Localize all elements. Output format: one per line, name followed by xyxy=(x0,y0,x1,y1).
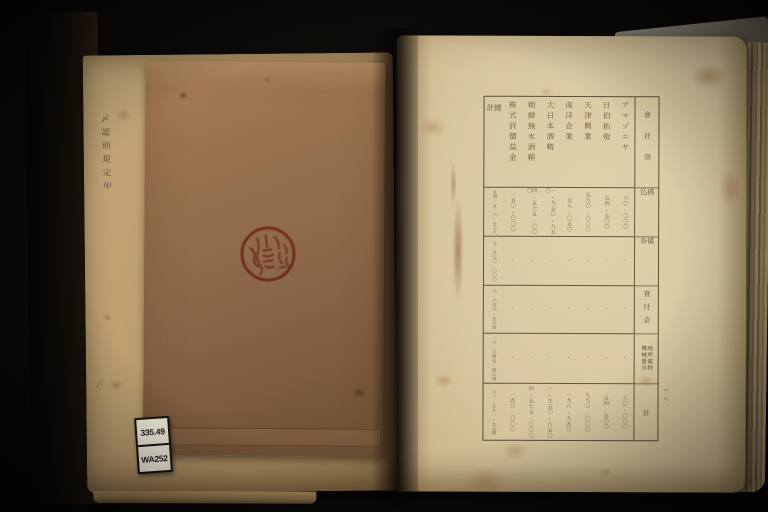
margin-note: 〆認別規定甲 xyxy=(100,114,111,195)
table-cell: · xyxy=(540,334,559,384)
table-cell: 一九八,九五〇 xyxy=(558,384,577,440)
company-name: 日伯拓殖 xyxy=(602,97,610,187)
table-cell: アマゾニヤ xyxy=(616,97,635,188)
row-header-cell: 拂込 xyxy=(634,189,658,237)
table-cell: · xyxy=(521,333,540,383)
blank-mark: · xyxy=(602,257,609,265)
blank-mark: · xyxy=(527,257,534,265)
amount: 一,九五〇,八五〇 xyxy=(545,188,555,236)
table-cell: 五四,五〇〇 xyxy=(597,189,616,237)
table-cell: · xyxy=(502,333,521,383)
table-row-bonds: · · · · · · · 七,九七〇,〇〇〇 債券 xyxy=(484,236,658,285)
amount: 六〇,〇〇〇 xyxy=(622,395,627,430)
table-cell: 一,九五〇,八五〇 xyxy=(540,188,559,236)
blank-mark: · xyxy=(508,305,515,313)
value-cells: 六〇,〇〇〇 五四,五〇〇 五九〇,〇〇〇 一五八,〇五〇 一,九五〇,八五〇 … xyxy=(484,188,634,236)
blank-mark: · xyxy=(583,305,590,313)
corner-header: 會社別 xyxy=(643,111,650,174)
table-cell: · xyxy=(596,286,615,333)
row-header: 債券 xyxy=(639,237,653,285)
corner-mark: 〆 xyxy=(95,380,104,389)
blank-mark: · xyxy=(621,305,628,313)
blank-mark: · xyxy=(527,354,534,362)
table-cell: 一六,六四五,四九四 xyxy=(484,333,503,383)
value-cells: · · · · · · · 七,九七〇,〇〇〇 xyxy=(484,237,634,285)
photo-backdrop: アマゾニヤ 日伯拓殖 天津興業 南洋企業 大日本酒精 朝鮮無水酒精 株式評價益金… xyxy=(0,0,768,512)
table-cell: · xyxy=(615,237,634,285)
table-cell: · xyxy=(559,334,578,384)
page-number: 三八 xyxy=(662,388,668,403)
amount: 六〇,〇〇〇 xyxy=(622,195,627,230)
table-cell: · xyxy=(540,286,559,333)
amount-total: 八,六五六,五八四 xyxy=(491,289,496,330)
table-cell: · xyxy=(521,286,540,333)
table-cell: 總計 xyxy=(484,97,503,188)
financial-table: アマゾニヤ 日伯拓殖 天津興業 南洋企業 大日本酒精 朝鮮無水酒精 株式評價益金… xyxy=(482,96,659,442)
blank-mark: · xyxy=(602,355,609,363)
blank-mark: · xyxy=(583,355,590,363)
amount-total: 七,九七〇,〇〇〇 xyxy=(491,240,496,281)
row-header: 貸付金 xyxy=(643,290,650,329)
table-cell: · xyxy=(521,237,540,285)
table-cell: 天津興業 xyxy=(578,97,597,188)
table-cell: 一五〇,〇〇〇 xyxy=(502,384,521,440)
table-cell: 五九〇,〇〇〇 xyxy=(578,188,597,236)
row-header-line2: 機械器具 xyxy=(640,346,646,372)
blank-mark: · xyxy=(527,305,534,313)
blank-mark: · xyxy=(565,305,572,313)
blank-mark: · xyxy=(546,257,553,265)
blank-mark: · xyxy=(509,257,516,265)
table-cell: · xyxy=(559,237,578,285)
table-cell: 九九〇,〇〇〇 xyxy=(577,384,596,440)
blank-mark: · xyxy=(565,257,572,265)
amount: 四,五七五,〇〇〇 xyxy=(528,386,533,438)
amount-total: 五四,五一六,五七八 xyxy=(491,189,496,234)
table-cell: · xyxy=(596,334,615,384)
value-cells: · · · · · · · 一六,六四五,四九四 xyxy=(484,333,634,383)
amount-total: 一六,六四五,四九四 xyxy=(491,336,496,381)
table-cell: · xyxy=(559,286,578,333)
blank-mark: · xyxy=(565,354,572,362)
table-cell: 六〇,〇〇〇 xyxy=(615,189,634,237)
amount: 四,五七五,〇〇〇 xyxy=(526,188,536,236)
table-cell: 株式評價益金 xyxy=(503,97,522,188)
row-header-cell: 債券 xyxy=(634,237,658,285)
library-call-number-label: 335.49 WA252 xyxy=(134,416,173,474)
call-number-class: 335.49 xyxy=(136,418,169,447)
amount: 五四,五〇〇 xyxy=(603,195,608,230)
blank-mark: · xyxy=(602,305,609,313)
blank-mark: · xyxy=(546,305,553,313)
company-name-total: 總計 xyxy=(486,97,501,188)
amount: 九九〇,〇〇〇 xyxy=(584,392,589,432)
company-name: 大日本酒精 xyxy=(546,97,554,187)
amount: 一九八,九五〇 xyxy=(565,392,570,432)
blank-mark: · xyxy=(546,354,553,362)
row-header-line1: 地所建物 xyxy=(646,346,652,372)
table-cell: · xyxy=(615,286,634,333)
table-cell: 一五〇,〇〇〇 xyxy=(503,188,522,236)
table-cell: 五四,五一六,五七八 xyxy=(484,188,503,236)
row-header: 拂込 xyxy=(640,189,654,237)
blank-mark: · xyxy=(508,354,515,362)
company-cells: アマゾニヤ 日伯拓殖 天津興業 南洋企業 大日本酒精 朝鮮無水酒精 株式評價益金… xyxy=(484,97,634,188)
table-cell: 一,九五〇,八五〇 xyxy=(540,384,559,440)
table-cell: · xyxy=(540,237,559,285)
blank-mark: · xyxy=(621,257,628,265)
row-header-cell: 地所建物機械器具 xyxy=(634,334,658,384)
row-header-cell: 貸付金 xyxy=(634,286,658,333)
red-seal-stamp xyxy=(236,222,301,287)
corner-header-cell: 會社別 xyxy=(634,97,658,188)
table-cell: 八,六五六,五八四 xyxy=(484,286,503,333)
blank-mark: · xyxy=(584,257,591,265)
value-cells: 六〇,〇〇〇 五四,五〇〇 九九〇,〇〇〇 一九八,九五〇 一,九五〇,八五〇 … xyxy=(483,384,633,440)
table-cell: 南洋企業 xyxy=(559,97,578,188)
table-cell: · xyxy=(503,237,522,285)
table-row-companies: アマゾニヤ 日伯拓殖 天津興業 南洋企業 大日本酒精 朝鮮無水酒精 株式評價益金… xyxy=(484,97,658,188)
table-cell: · xyxy=(503,286,522,333)
table-cell: · xyxy=(615,334,634,384)
amount: 一,九五〇,八五〇 xyxy=(547,386,552,438)
table-cell: 四,五七五,〇〇〇 xyxy=(521,384,540,440)
company-name: アマゾニヤ xyxy=(621,97,629,187)
table-cell: · xyxy=(578,286,597,333)
table-cell: 七,九七〇,〇〇〇 xyxy=(484,237,503,285)
table-cell: · xyxy=(596,237,615,285)
blank-mark: · xyxy=(621,355,628,363)
table-row-loans: · · · · · · · 八,六五六,五八四 貸付金 xyxy=(484,285,658,333)
amount-grand-total: 八一,九九一,九五四 xyxy=(491,389,496,434)
table-cell: · xyxy=(577,334,596,384)
table-cell: 朝鮮無水酒精 xyxy=(522,97,541,188)
company-name: 天津興業 xyxy=(584,97,592,187)
table-cell: 八一,九九一,九五四 xyxy=(483,384,502,440)
amount: 一五〇,〇〇〇 xyxy=(510,192,515,232)
table-cell: 大日本酒精 xyxy=(541,97,560,188)
value-cells: · · · · · · · 八,六五六,五八四 xyxy=(484,286,634,333)
table-row-paid-in: 六〇,〇〇〇 五四,五〇〇 五九〇,〇〇〇 一五八,〇五〇 一,九五〇,八五〇 … xyxy=(484,187,658,236)
amount: 一五八,〇五〇 xyxy=(566,192,571,232)
row-header-cell: 計 xyxy=(633,385,657,441)
table-row-property: · · · · · · · 一六,六四五,四九四 地所建物機械器具 xyxy=(484,332,658,383)
row-header: 計 xyxy=(642,409,649,416)
table-cell: · xyxy=(578,237,597,285)
table-cell: 一五八,〇五〇 xyxy=(559,188,578,236)
company-name: 朝鮮無水酒精 xyxy=(527,97,535,187)
company-name: 南洋企業 xyxy=(565,97,573,187)
row-header: 地所建物機械器具 xyxy=(640,346,652,372)
table-cell: 日伯拓殖 xyxy=(597,97,616,188)
call-number-cutter: WA252 xyxy=(138,445,171,472)
table-row-total: 六〇,〇〇〇 五四,五〇〇 九九〇,〇〇〇 一九八,九五〇 一,九五〇,八五〇 … xyxy=(483,383,657,440)
amount: 一五〇,〇〇〇 xyxy=(509,392,514,432)
table-cell: 四,五七五,〇〇〇 xyxy=(522,188,541,236)
amount: 五四,五〇〇 xyxy=(603,395,608,430)
right-page: アマゾニヤ 日伯拓殖 天津興業 南洋企業 大日本酒精 朝鮮無水酒精 株式評價益金… xyxy=(395,35,747,492)
amount: 五九〇,〇〇〇 xyxy=(585,192,590,232)
table-cell: 六〇,〇〇〇 xyxy=(615,384,634,440)
company-name: 株式評價益金 xyxy=(509,97,517,187)
table-cell: 五四,五〇〇 xyxy=(596,384,615,440)
